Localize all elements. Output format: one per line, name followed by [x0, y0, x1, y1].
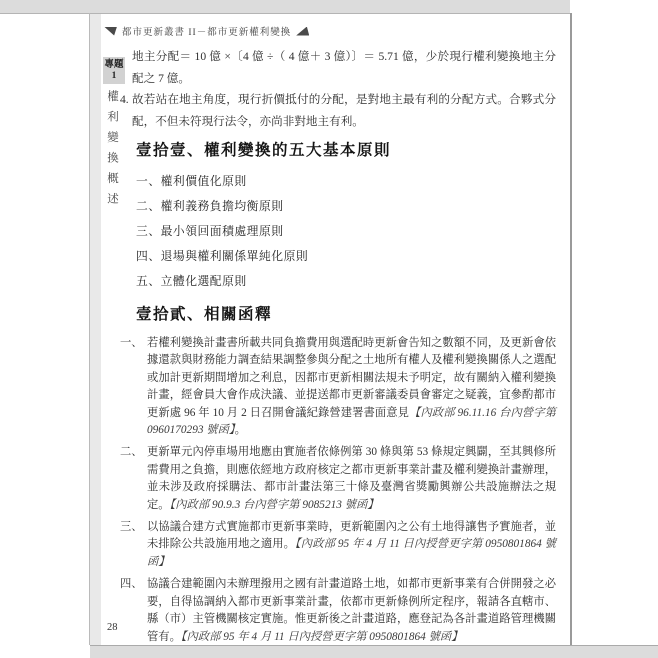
section-heading-letters: 壹拾貳、相關函釋 — [136, 304, 556, 326]
running-header-title: 都市更新叢書 II－都市更新權利變換 — [122, 24, 291, 38]
header-triangle-left-icon — [104, 27, 117, 36]
chapter-side-label: 權利變換概述 — [104, 90, 120, 213]
interpretation-paragraph: 一、 若權利變換計畫書所載共同負擔費用與選配時更新會告知之數額不同，及更新會依據… — [120, 335, 556, 439]
main-content: 地主分配＝ 10 億 ×〔4 億 ÷（ 4 億＋ 3 億）〕＝ 5.71 億，少… — [120, 46, 556, 651]
interpretation-paragraph: 三、 以協議合建方式實施都市更新事業時，更新範圍內之公有土地得讓售予實施者，並未… — [120, 519, 556, 571]
paragraph-label: 二、 — [120, 444, 147, 514]
interpretation-paragraphs: 一、 若權利變換計畫書所載共同負擔費用與選配時更新會告知之數額不同，及更新會依據… — [120, 335, 556, 646]
paragraph-tail: 。 — [235, 424, 246, 436]
principle-item: 一、權利價值化原則 — [136, 169, 556, 194]
list-item-4: 4. 故若站在地主角度，現行折價抵付的分配，是對地主最有利的分配方式。合夥式分配… — [120, 89, 556, 132]
paragraph-text: 以協議合建方式實施都市更新事業時，更新範圍內之公有土地得讓售予實施者，並未排除公… — [147, 519, 556, 571]
principle-item: 四、退場與權利關係單純化原則 — [136, 244, 556, 269]
paragraph-label: 四、 — [120, 576, 147, 646]
running-header: 都市更新叢書 II－都市更新權利變換 — [104, 25, 309, 37]
principle-item: 五、立體化選配原則 — [136, 269, 556, 294]
official-letter-reference: 【內政部 90.9.3 台內營字第 9085213 號函】 — [170, 499, 379, 511]
page-top-edge — [0, 0, 570, 14]
header-triangle-right-icon — [296, 27, 309, 36]
principle-item: 二、權利義務負擔均衡原則 — [136, 194, 556, 219]
interpretation-paragraph: 四、 協議合建範圍內未辦理撥用之國有計畫道路土地，如都市更新事業有合併開發之必要… — [120, 576, 556, 646]
chapter-tab-number: 1 — [112, 71, 117, 82]
principle-item: 三、最小領回面積處理原則 — [136, 219, 556, 244]
section-heading-principles: 壹拾壹、權利變換的五大基本原則 — [136, 140, 556, 162]
page-number: 28 — [107, 622, 118, 633]
list-item-4-label: 4. — [120, 89, 132, 132]
paragraph-label: 三、 — [120, 519, 147, 571]
interpretation-paragraph: 二、 更新單元內停車場用地應由實施者依條例第 30 條與第 53 條規定興闢，至… — [120, 444, 556, 514]
paragraph-text: 更新單元內停車場用地應由實施者依條例第 30 條與第 53 條規定興闢，至其興修… — [147, 444, 556, 514]
principles-list: 一、權利價值化原則 二、權利義務負擔均衡原則 三、最小領回面積處理原則 四、退場… — [136, 169, 556, 294]
sidebar-strip — [90, 14, 101, 645]
paragraph-text: 若權利變換計畫書所載共同負擔費用與選配時更新會告知之數額不同，及更新會依據還款與… — [147, 335, 556, 439]
page-right-edge — [570, 13, 572, 645]
paragraph-label: 一、 — [120, 335, 147, 439]
formula-text: 地主分配＝ 10 億 ×〔4 億 ÷（ 4 億＋ 3 億）〕＝ 5.71 億，少… — [120, 46, 556, 89]
official-letter-reference: 【內政部 95 年 4 月 11 日內授營更字第 0950801864 號函】 — [181, 631, 463, 643]
list-item-4-text: 故若站在地主角度，現行折價抵付的分配，是對地主最有利的分配方式。合夥式分配，不但… — [132, 89, 556, 132]
paragraph-text: 協議合建範圍內未辦理撥用之國有計畫道路土地，如都市更新事業有合併開發之必要，自得… — [147, 576, 556, 646]
